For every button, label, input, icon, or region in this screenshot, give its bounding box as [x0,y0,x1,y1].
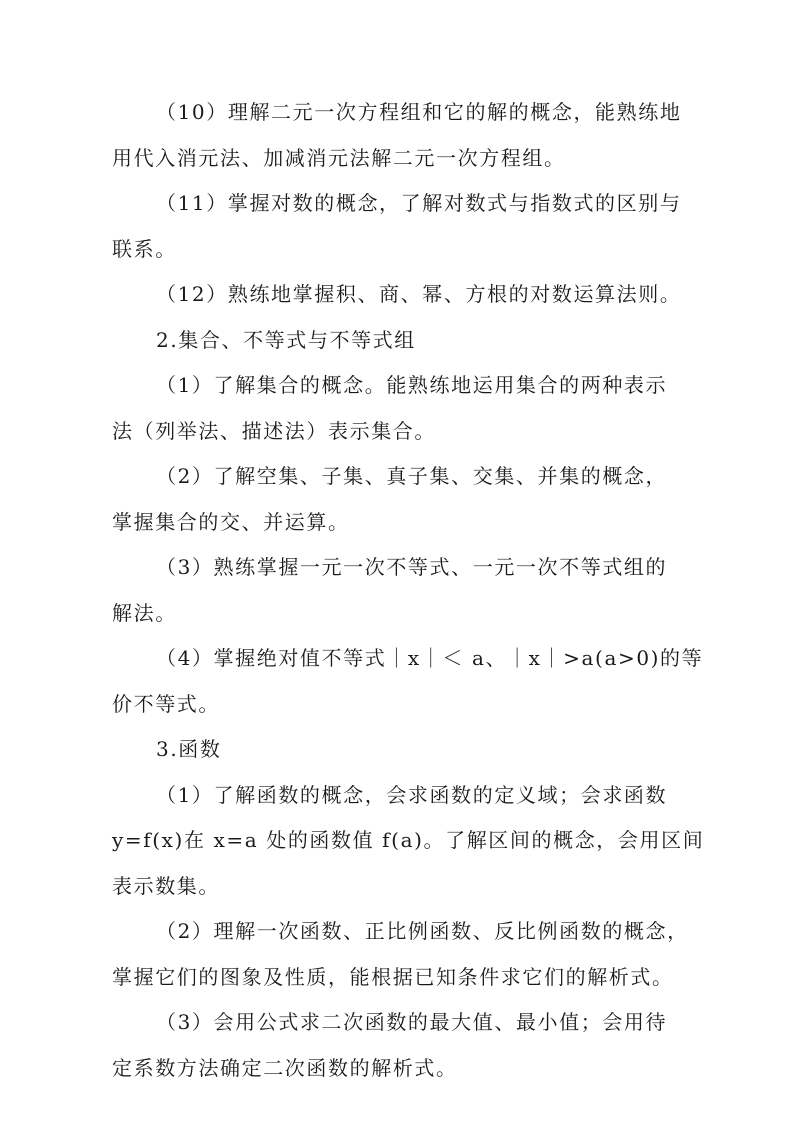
text-line: （1）了解集合的概念。能熟练地运用集合的两种表示 [112,365,676,411]
text-line: 法（列举法、描述法）表示集合。 [112,411,676,457]
text-line: （2）了解空集、子集、真子集、交集、并集的概念， [112,456,676,502]
text-line: 表示数集。 [112,866,676,912]
text-line: （12）熟练地掌握积、商、幂、方根的对数运算法则。 [112,274,676,320]
text-line: 定系数方法确定二次函数的解析式。 [112,1048,676,1094]
text-line: 掌握它们的图象及性质，能根据已知条件求它们的解析式。 [112,957,676,1003]
text-line: y=f(x)在 x=a 处的函数值 f(a)。了解区间的概念，会用区间 [112,820,676,866]
text-line: （4）掌握绝对值不等式｜x｜＜ a、｜x｜>a(a>0)的等 [112,638,676,684]
text-line: （3）会用公式求二次函数的最大值、最小值；会用待 [112,1002,676,1048]
text-line: 3.函数 [112,729,676,775]
text-line: 价不等式。 [112,684,676,730]
text-line: 掌握集合的交、并运算。 [112,502,676,548]
text-line: 2.集合、不等式与不等式组 [112,320,676,366]
document-page: （10）理解二元一次方程组和它的解的概念，能熟练地用代入消元法、加减消元法解二元… [112,92,676,1093]
text-line: 解法。 [112,593,676,639]
text-line: （1）了解函数的概念，会求函数的定义域；会求函数 [112,775,676,821]
text-line: （3）熟练掌握一元一次不等式、一元一次不等式组的 [112,547,676,593]
text-line: （2）理解一次函数、正比例函数、反比例函数的概念， [112,911,676,957]
text-line: （10）理解二元一次方程组和它的解的概念，能熟练地 [112,92,676,138]
text-line: （11）掌握对数的概念，了解对数式与指数式的区别与 [112,183,676,229]
text-line: 用代入消元法、加减消元法解二元一次方程组。 [112,138,676,184]
text-line: 联系。 [112,229,676,275]
